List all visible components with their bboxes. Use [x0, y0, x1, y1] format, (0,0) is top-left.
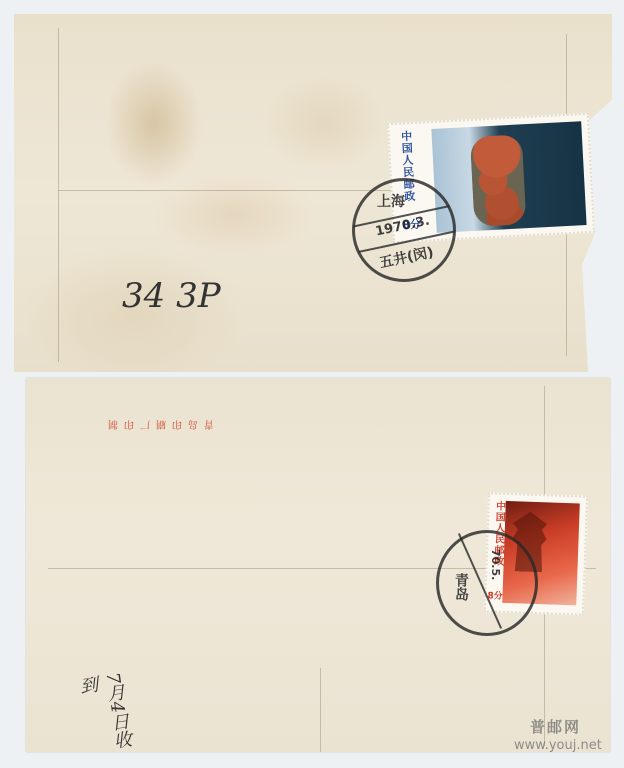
soldiers-figure	[470, 134, 527, 227]
handwritten-note: 7月4日收到	[73, 671, 135, 755]
postmark-origin: 上海	[377, 191, 405, 211]
printer-imprint: 青岛印刷厂印制	[102, 418, 214, 433]
watermark-site-name: 普邮网	[530, 716, 581, 737]
postmark-bottom: 青岛 70.5.	[436, 530, 538, 636]
tear-line	[320, 668, 321, 752]
stamp-picture	[431, 121, 586, 233]
postmark-date: 70.5.	[489, 549, 502, 580]
flap-fold-left	[58, 28, 59, 362]
watermark-url: www.youj.net	[514, 738, 602, 753]
postmark-place: 青岛	[451, 573, 471, 601]
postmark-top: 上海 1970.3. 五井(闵)	[352, 178, 456, 282]
handwritten-note: 34 3P	[122, 276, 221, 316]
